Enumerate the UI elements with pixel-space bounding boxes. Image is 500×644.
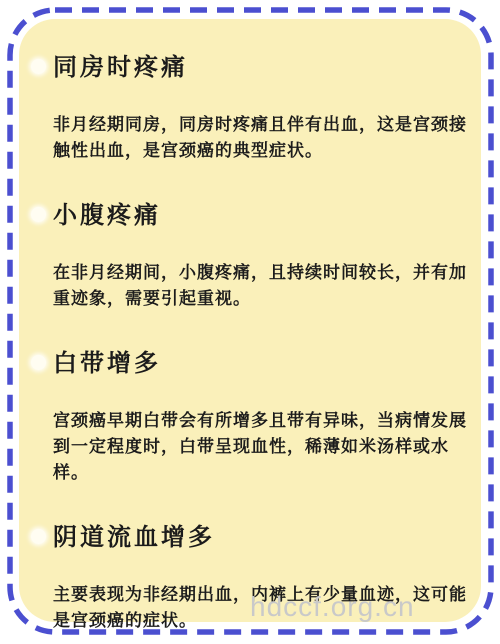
section-intercourse-pain: 同房时疼痛 非月经期同房，同房时疼痛且伴有出血，这是宫颈接触性出血，是宫颈癌的典… <box>53 54 467 164</box>
section-title-text: 小腹疼痛 <box>53 202 161 229</box>
section-title: 阴道流血增多 <box>53 524 467 552</box>
section-body: 非月经期同房，同房时疼痛且伴有出血，这是宫颈接触性出血，是宫颈癌的典型症状。 <box>53 112 467 164</box>
symptom-card: 同房时疼痛 非月经期同房，同房时疼痛且伴有出血，这是宫颈接触性出血，是宫颈癌的典… <box>19 19 481 622</box>
bullet-dot-icon <box>31 529 46 544</box>
section-title: 同房时疼痛 <box>53 54 467 82</box>
watermark: hdccf.org.cn <box>250 591 415 623</box>
section-lower-abdominal-pain: 小腹疼痛 在非月经期间，小腹疼痛，且持续时间较长，并有加重迹象，需要引起重视。 <box>53 202 467 312</box>
section-title-text: 白带增多 <box>53 350 161 377</box>
section-title: 小腹疼痛 <box>53 202 467 230</box>
bullet-dot-icon <box>31 59 46 74</box>
section-body: 在非月经期间，小腹疼痛，且持续时间较长，并有加重迹象，需要引起重视。 <box>53 260 467 312</box>
section-increased-discharge: 白带增多 宫颈癌早期白带会有所增多且带有异味，当病情发展到一定程度时，白带呈现血… <box>53 350 467 486</box>
section-body: 宫颈癌早期白带会有所增多且带有异味，当病情发展到一定程度时，白带呈现血性，稀薄如… <box>53 408 467 486</box>
bullet-dot-icon <box>31 207 46 222</box>
section-title-text: 阴道流血增多 <box>53 524 215 551</box>
section-title-text: 同房时疼痛 <box>53 54 188 81</box>
symptom-poster: 同房时疼痛 非月经期同房，同房时疼痛且伴有出血，这是宫颈接触性出血，是宫颈癌的典… <box>0 0 500 644</box>
section-title: 白带增多 <box>53 350 467 378</box>
bullet-dot-icon <box>31 355 46 370</box>
